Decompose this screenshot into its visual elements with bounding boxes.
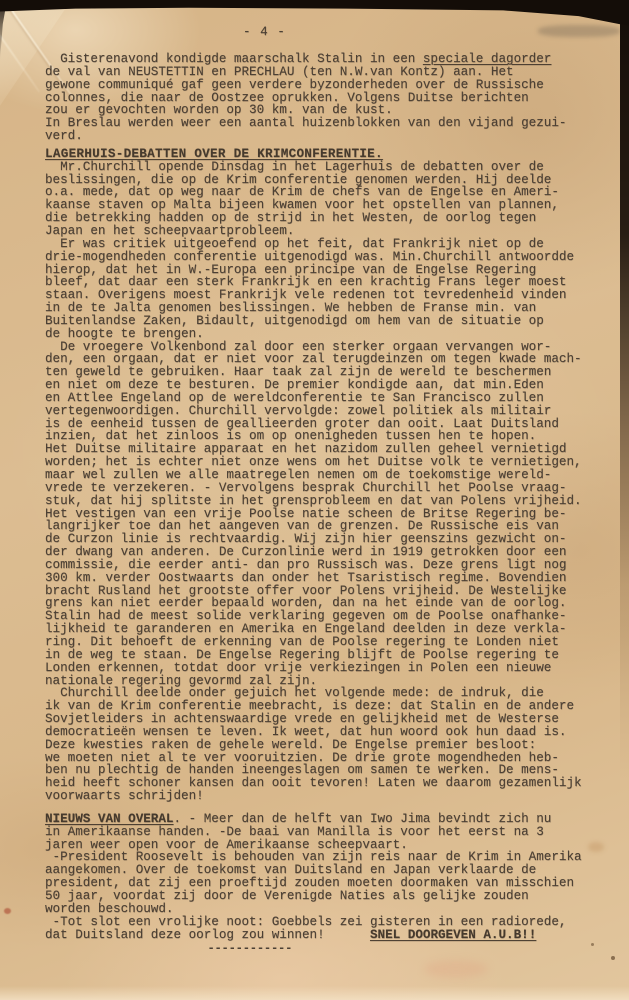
text-line: In Breslau werden weer een aantal huizen… (45, 117, 611, 130)
page-number: - 4 - (243, 25, 286, 39)
paper-edge-right (620, 0, 629, 780)
paragraph-stalin-dagorder: Gisterenavond kondigde maarschalk Stalin… (45, 53, 611, 143)
text-column: Gisterenavond kondigde maarschalk Stalin… (45, 53, 611, 956)
text-segment: verd. (45, 129, 83, 143)
paper-edge-bottom (0, 986, 629, 1000)
faded-mark (538, 25, 620, 37)
paper-page: - 4 - Gisterenavond kondigde maarschalk … (0, 0, 629, 1000)
text-line: voorwaarts schrijden! (45, 790, 611, 803)
typed-divider: ------------ (45, 943, 611, 956)
text-line: dat Duitsland deze oorlog zou winnen! SN… (45, 929, 611, 942)
text-segment: voorwaarts schrijden! (45, 789, 204, 803)
text-line: ------------ (45, 943, 611, 956)
paper-speck-2 (591, 943, 594, 946)
photo-background: - 4 - Gisterenavond kondigde maarschalk … (0, 0, 629, 1000)
text-segment: SNEL DOORGEVEN A.U.B!! (370, 928, 536, 942)
text-segment: In Breslau werden weer een aantal huizen… (45, 116, 566, 130)
text-segment: ------------ (45, 942, 292, 956)
paper-edge-top (0, 0, 629, 26)
paper-stain (424, 960, 488, 978)
paper-speck-red (4, 908, 11, 914)
text-line: verd. (45, 130, 611, 143)
section-nieuws-van-overal: NIEUWS VAN OVERAL. - Meer dan de helft v… (45, 813, 611, 941)
section-lagerhuis-body: Mr.Churchill opende Dinsdag in het Lager… (45, 161, 611, 803)
text-segment: dat Duitsland deze oorlog zou winnen! (45, 928, 370, 942)
paper-speck (611, 956, 615, 960)
paper-stain-2 (588, 842, 604, 852)
